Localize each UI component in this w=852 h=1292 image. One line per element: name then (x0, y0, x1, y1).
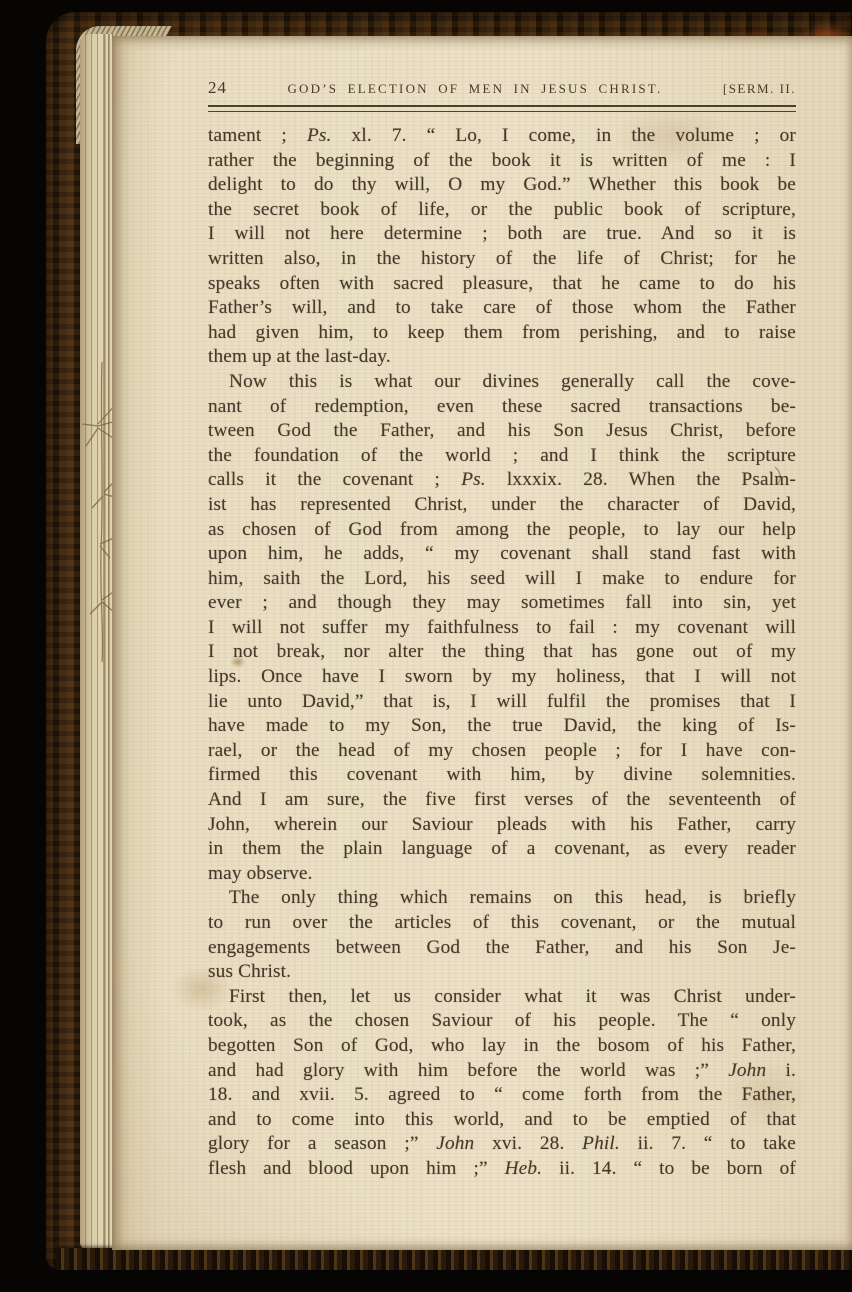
leather-binding: 24 GOD’S ELECTION OF MEN IN JESUS CHRIST… (46, 12, 852, 1270)
paragraph: The only thing which remains on this hea… (208, 886, 796, 984)
text-line: him, saith the Lord, his seed will I mak… (208, 567, 796, 592)
text-line: rael, or the head of my chosen people ; … (208, 739, 796, 764)
text-line: took, as the chosen Saviour of his peopl… (208, 1009, 796, 1034)
text-line: nant of redemption, even these sacred tr… (208, 395, 796, 420)
text-line: and to come into this world, and to be e… (208, 1108, 796, 1133)
paragraph: Now this is what our divines generally c… (208, 370, 796, 886)
text-line: lips. Once have I sworn by my holiness, … (208, 665, 796, 690)
page-number: 24 (208, 78, 227, 98)
text-line: written also, in the history of the life… (208, 247, 796, 272)
body-text: tament ; Ps. xl. 7. “ Lo, I come, in the… (208, 124, 796, 1182)
text-line: speaks often with sacred pleasure, that … (208, 272, 796, 297)
text-line: tament ; Ps. xl. 7. “ Lo, I come, in the… (208, 124, 796, 149)
text-line: had given him, to keep them from perishi… (208, 321, 796, 346)
text-line: ever ; and though they may sometimes fal… (208, 591, 796, 616)
text-line: upon him, he adds, “ my covenant shall s… (208, 542, 796, 567)
text-line: calls it the covenant ; Ps. lxxxix. 28. … (208, 468, 796, 493)
text-line: John, wherein our Saviour pleads with hi… (208, 813, 796, 838)
text-line: 18. and xvii. 5. agreed to “ come forth … (208, 1083, 796, 1108)
text-line: rather the beginning of the book it is w… (208, 149, 796, 174)
book-page: 24 GOD’S ELECTION OF MEN IN JESUS CHRIST… (112, 36, 852, 1250)
text-line: firmed this covenant with him, by divine… (208, 763, 796, 788)
text-line: the secret book of life, or the public b… (208, 198, 796, 223)
text-line: as chosen of God from among the people, … (208, 518, 796, 543)
book-photo: 24 GOD’S ELECTION OF MEN IN JESUS CHRIST… (0, 0, 852, 1292)
text-line: The only thing which remains on this hea… (208, 886, 796, 911)
decorated-fore-edge (56, 1248, 852, 1270)
text-line: to run over the articles of this covenan… (208, 911, 796, 936)
text-line: flesh and blood upon him ;” Heb. ii. 14.… (208, 1157, 796, 1182)
text-line: Father’s will, and to take care of those… (208, 296, 796, 321)
text-line: engagements between God the Father, and … (208, 936, 796, 961)
text-line: And I am sure, the five first verses of … (208, 788, 796, 813)
text-line: Now this is what our divines generally c… (208, 370, 796, 395)
text-line: them up at the last-day. (208, 345, 796, 370)
printed-content: 24 GOD’S ELECTION OF MEN IN JESUS CHRIST… (208, 78, 796, 1182)
paragraph: First then, let us consider what it was … (208, 985, 796, 1182)
text-line: I not break, nor alter the thing that ha… (208, 640, 796, 665)
text-line: I will not suffer my faithfulness to fai… (208, 616, 796, 641)
text-line: may observe. (208, 862, 796, 887)
signature-mark: [SERM. II. (723, 81, 796, 97)
text-line: lie unto David,” that is, I will fulfil … (208, 690, 796, 715)
paragraph: tament ; Ps. xl. 7. “ Lo, I come, in the… (208, 124, 796, 370)
text-line: and had glory with him before the world … (208, 1059, 796, 1084)
running-header-title: GOD’S ELECTION OF MEN IN JESUS CHRIST. (227, 81, 723, 97)
text-line: tween God the Father, and his Son Jesus … (208, 419, 796, 444)
text-line: ist has represented Christ, under the ch… (208, 493, 796, 518)
text-line: in them the plain language of a covenant… (208, 837, 796, 862)
text-line: begotten Son of God, who lay in the boso… (208, 1034, 796, 1059)
text-line: delight to do thy will, O my God.” Wheth… (208, 173, 796, 198)
text-line: glory for a season ;” John xvi. 28. Phil… (208, 1132, 796, 1157)
text-line: First then, let us consider what it was … (208, 985, 796, 1010)
text-line: sus Christ. (208, 960, 796, 985)
header-rule (208, 105, 796, 112)
running-head: 24 GOD’S ELECTION OF MEN IN JESUS CHRIST… (208, 78, 796, 98)
text-line: I will not here determine ; both are tru… (208, 222, 796, 247)
text-line: the foundation of the world ; and I thin… (208, 444, 796, 469)
text-line: have made to my Son, the true David, the… (208, 714, 796, 739)
